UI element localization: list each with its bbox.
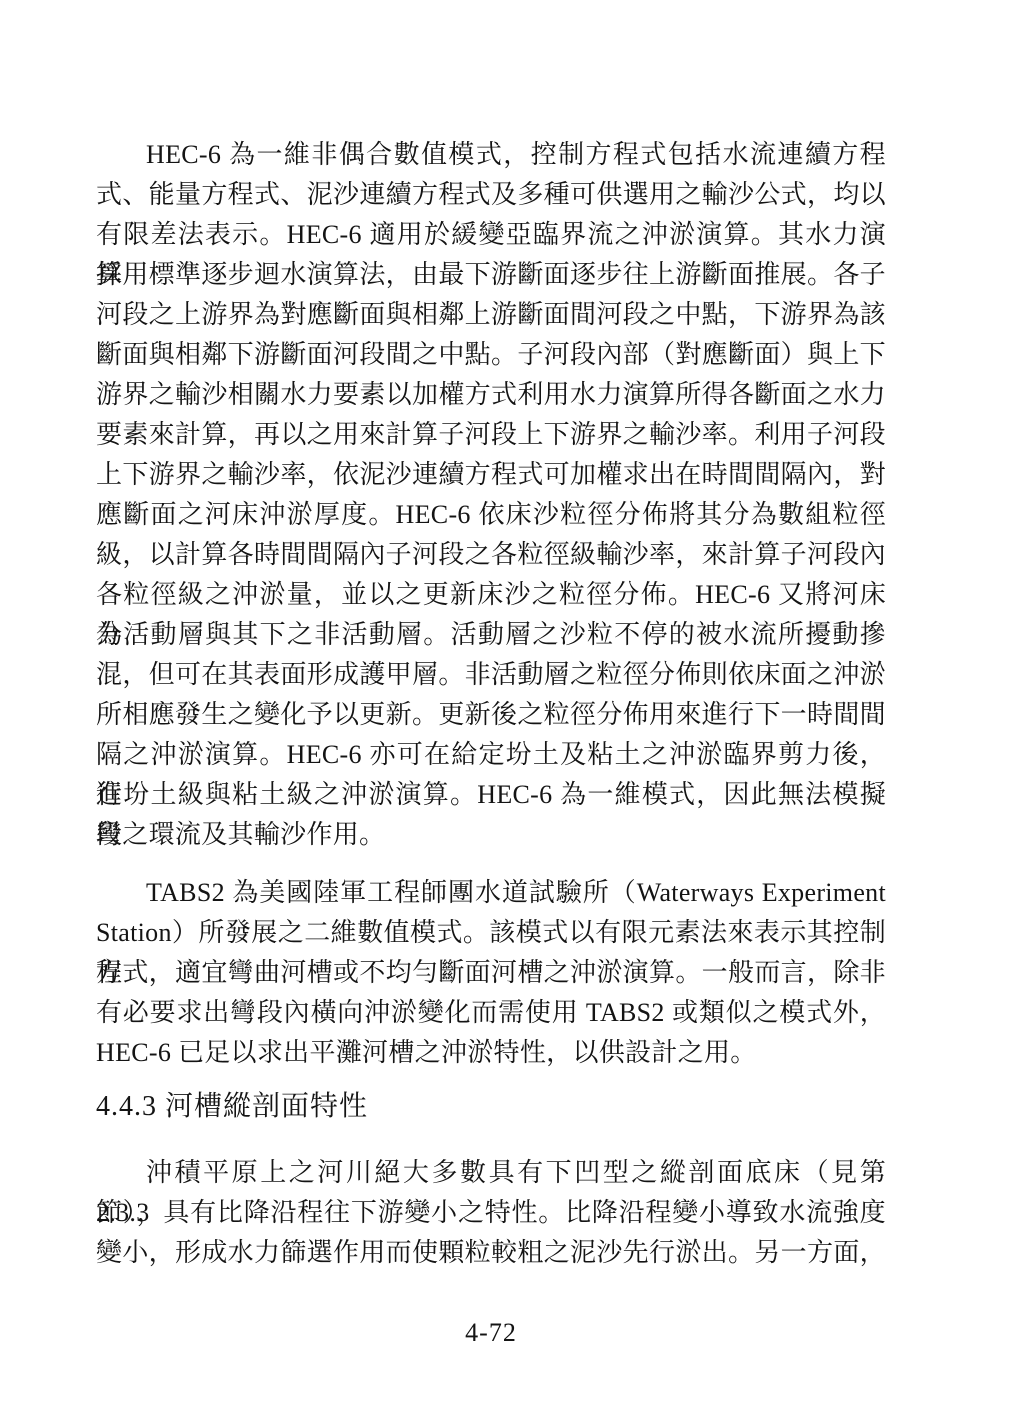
text-line: 節），具有比降沿程往下游變小之特性。比降沿程變小導致水流強度 [96,1193,886,1233]
paragraph-tabs2: TABS2 為美國陸軍工程師團水道試驗所（Waterways Experimen… [96,873,886,1073]
text-line: HEC-6 為一維非偶合數值模式，控制方程式包括水流連續方程 [96,135,886,175]
text-line: 採用標準逐步迴水演算法，由最下游斷面逐步往上游斷面推展。各子 [96,255,886,295]
text-line: 變小，形成水力篩選作用而使顆粒較粗之泥沙先行淤出。另一方面， [96,1233,886,1273]
text-line: 所相應發生之變化予以更新。更新後之粒徑分佈用來進行下一時間間 [96,695,886,735]
text-line: 沖積平原上之河川絕大多數具有下凹型之縱剖面底床（見第 2.3.3 [96,1153,886,1193]
text-line: 有必要求出彎段內橫向沖淤變化而需使用 TABS2 或類似之模式外， [96,993,886,1033]
paragraph-hec6: HEC-6 為一維非偶合數值模式，控制方程式包括水流連續方程 式、能量方程式、泥… [96,135,886,855]
text-line: 河段之上游界為對應斷面與相鄰上游斷面間河段之中點，下游界為該 [96,295,886,335]
document-page: HEC-6 為一維非偶合數值模式，控制方程式包括水流連續方程 式、能量方程式、泥… [0,0,1024,1427]
text-line: 程式，適宜彎曲河槽或不均勻斷面河槽之沖淤演算。一般而言，除非 [96,953,886,993]
text-line: 式、能量方程式、泥沙連續方程式及多種可供選用之輸沙公式，均以 [96,175,886,215]
text-line: 混，但可在其表面形成護甲層。非活動層之粒徑分佈則依床面之沖淤 [96,655,886,695]
text-line: 為活動層與其下之非活動層。活動層之沙粒不停的被水流所擾動摻 [96,615,886,655]
text-line: Station）所發展之二維數值模式。該模式以有限元素法來表示其控制方 [96,913,886,953]
text-line: 有限差法表示。HEC-6 適用於緩變亞臨界流之沖淤演算。其水力演算 [96,215,886,255]
text-line: 級，以計算各時間間隔內子河段之各粒徑級輸沙率，來計算子河段內 [96,535,886,575]
section-heading: 4.4.3 河槽縱剖面特性 [96,1085,886,1129]
text-line: 應斷面之河床沖淤厚度。HEC-6 依床沙粒徑分佈將其分為數組粒徑 [96,495,886,535]
text-line: 隔之沖淤演算。HEC-6 亦可在給定坋土及粘土之沖淤臨界剪力後，進 [96,735,886,775]
text-line: HEC-6 已足以求出平灘河槽之沖淤特性，以供設計之用。 [96,1033,886,1073]
text-line: 要素來計算，再以之用來計算子河段上下游界之輸沙率。利用子河段 [96,415,886,455]
paragraph-profile: 沖積平原上之河川絕大多數具有下凹型之縱剖面底床（見第 2.3.3 節），具有比降… [96,1153,886,1273]
text-line: 游界之輸沙相關水力要素以加權方式利用水力演算所得各斷面之水力 [96,375,886,415]
text-line: 各粒徑級之沖淤量，並以之更新床沙之粒徑分佈。HEC-6 又將河床分 [96,575,886,615]
text-line: TABS2 為美國陸軍工程師團水道試驗所（Waterways Experimen… [96,873,886,913]
text-line: 行坋土級與粘土級之沖淤演算。HEC-6 為一維模式，因此無法模擬彎 [96,775,886,815]
text-line: 段之環流及其輸沙作用。 [96,815,886,855]
text-line: 上下游界之輸沙率，依泥沙連續方程式可加權求出在時間間隔內，對 [96,455,886,495]
text-line: 斷面與相鄰下游斷面河段間之中點。子河段內部（對應斷面）與上下 [96,335,886,375]
page-number: 4-72 [96,1313,886,1353]
